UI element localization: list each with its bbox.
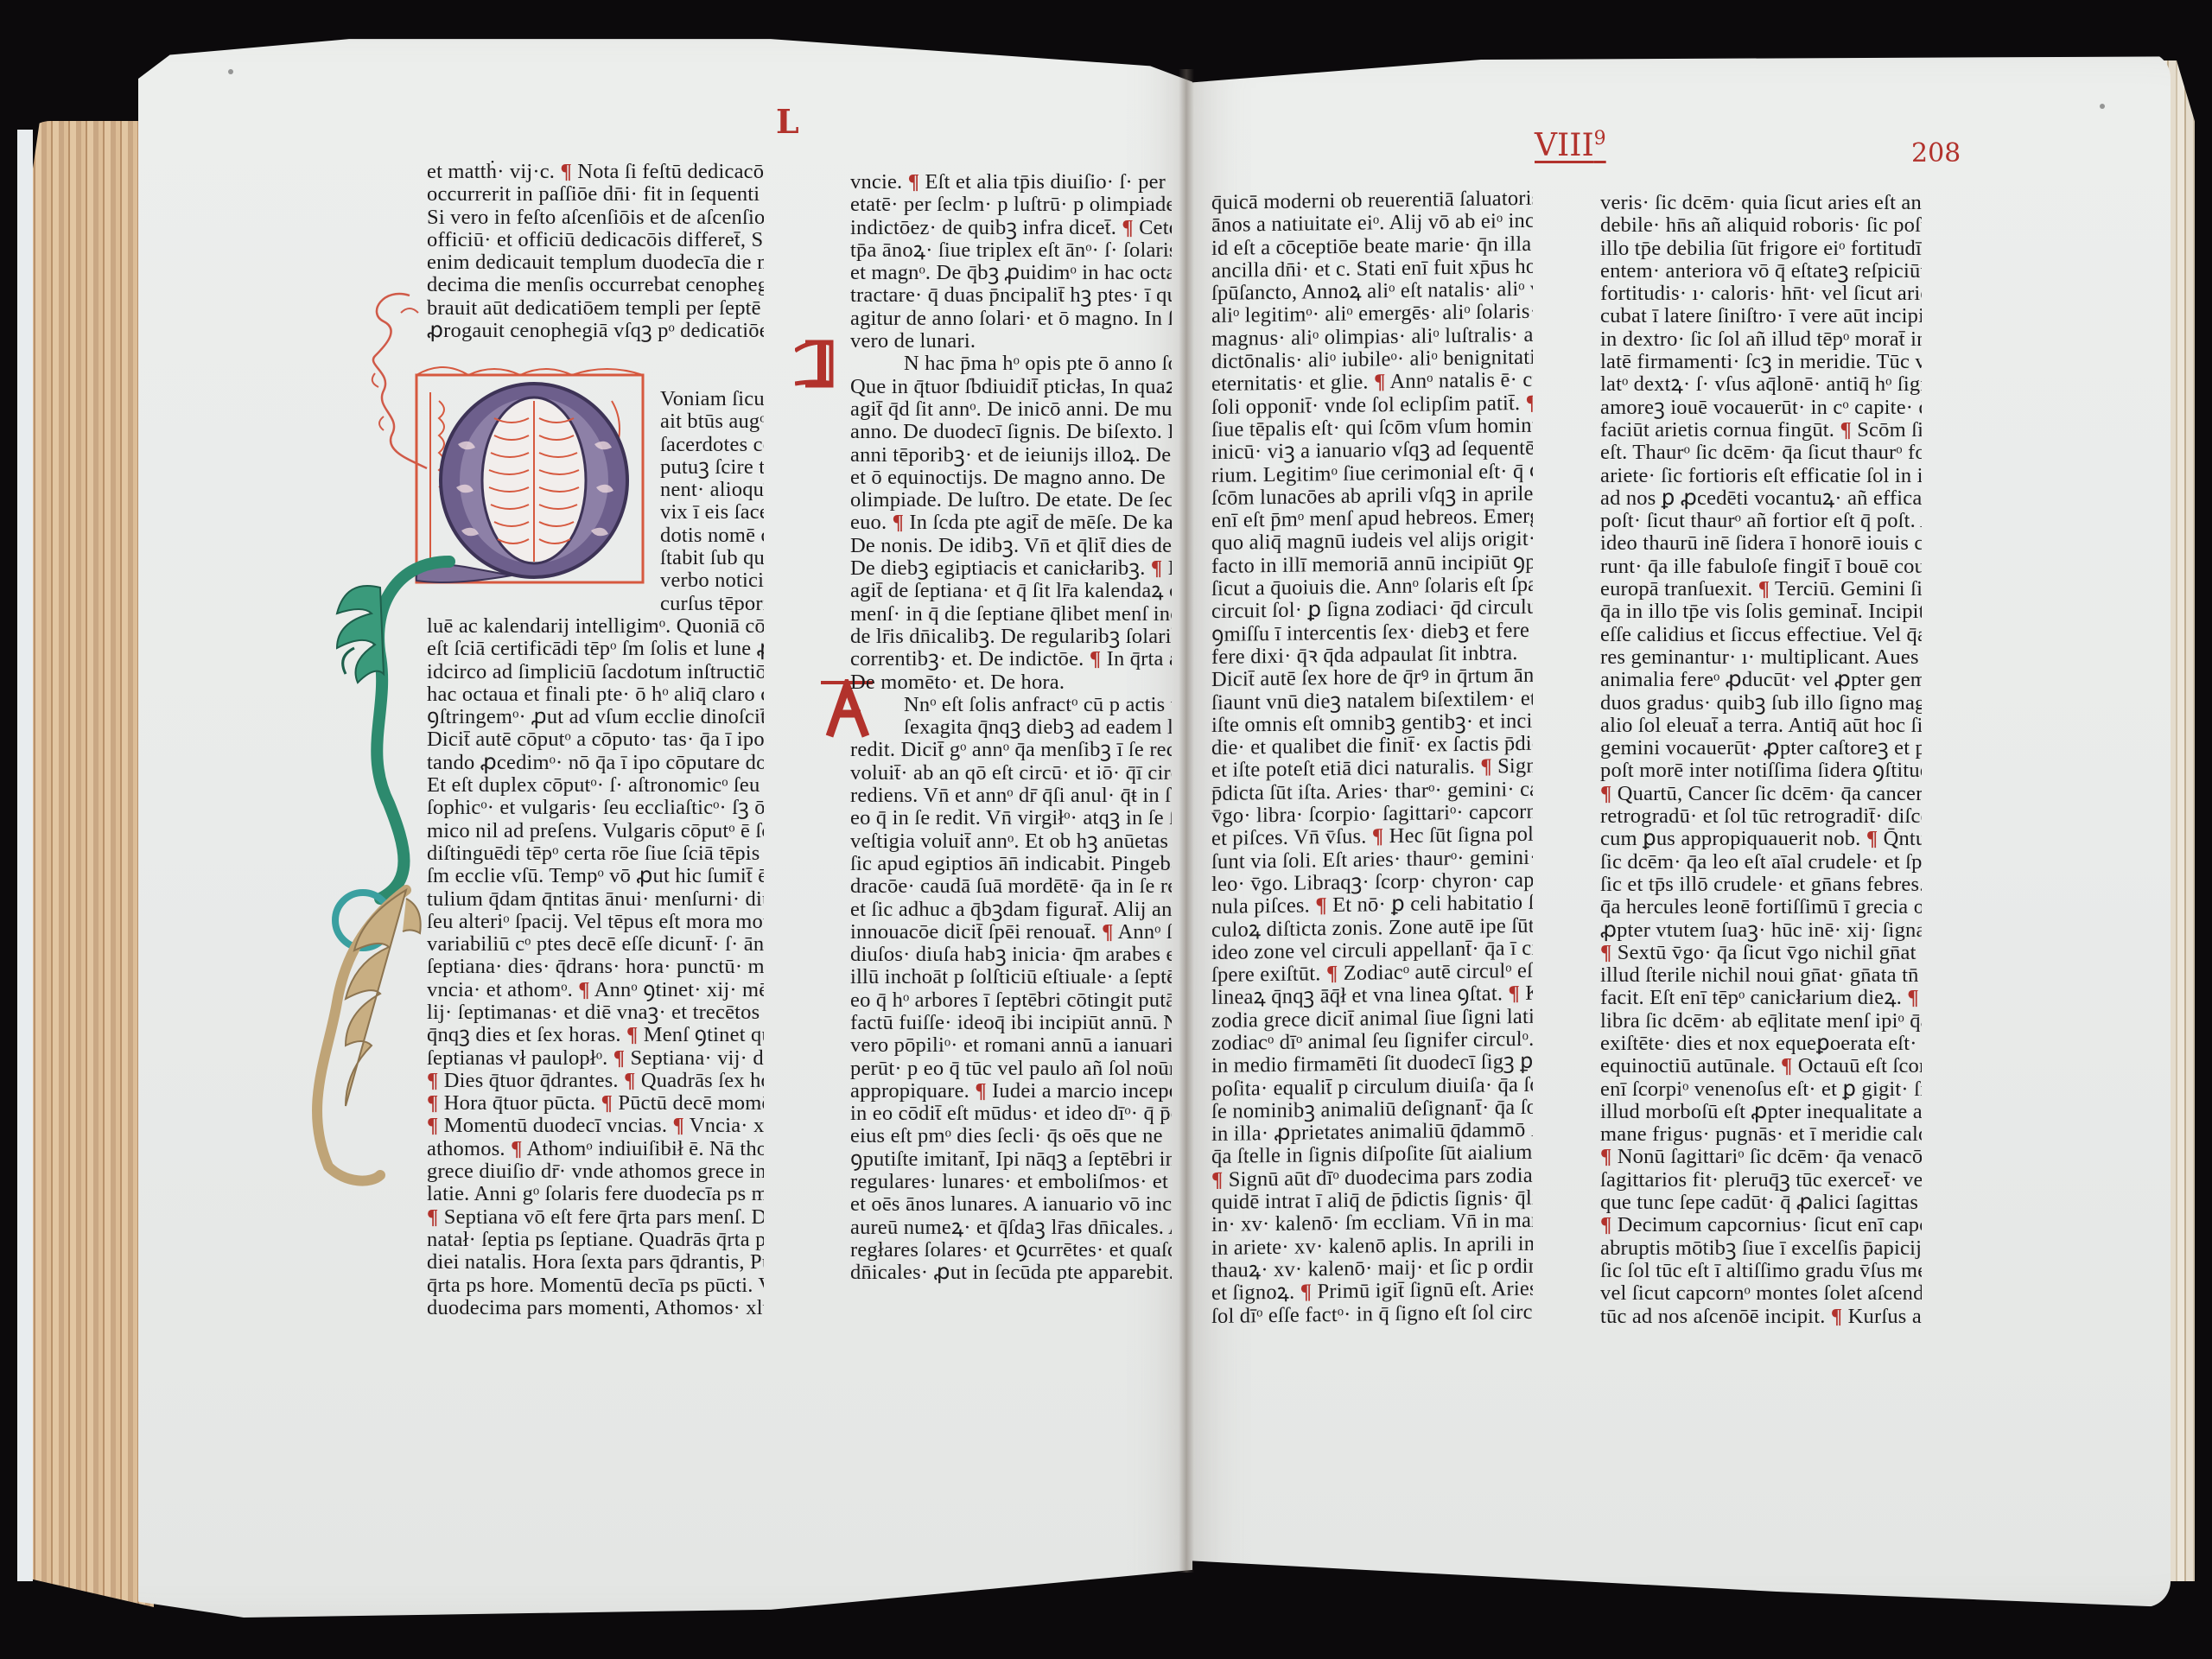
text-line: diſtinguēdi tēpᵒ certa rōe ſiue ſciā tēp… — [427, 842, 764, 865]
text-line: grece diuiſio dr̄· vnde athomos grece in… — [427, 1160, 764, 1183]
text-line: Que in q̄tuor ſbdiuidit̄ pticłas, In qua… — [850, 376, 1172, 398]
pilcrow-rubric-icon: ¶ — [560, 161, 571, 183]
text-line: officiū· et officiū dedicacōis differet̄… — [427, 229, 764, 251]
text-line: ꝓpter vtutem ſuaꝫ· hūc inē· xij· ſigna ſ… — [1600, 919, 1922, 942]
text-line: ¶ Septiana vō eſt fere q̄rta pars menſ. … — [427, 1206, 764, 1229]
text-line: duodecima pars momenti, Athomos· xlvij· … — [427, 1297, 764, 1319]
text-line: ſeptianas vł paulopłᵒ. ¶ Septiana· vij· … — [427, 1047, 764, 1070]
text-line: ſacerdotes cō: — [427, 434, 764, 456]
text-line: ad nos ꝑ ꝓcedēti vocantuꝝ· añ efficatior… — [1600, 487, 1922, 510]
pilcrow-rubric-icon: ¶ — [1509, 982, 1520, 1005]
pilcrow-rubric-icon: ¶ — [1866, 828, 1878, 850]
text-line: ¶ Nonū ſagittariᵒ ſic dcēm· q̄a venacō q… — [1600, 1146, 1922, 1168]
text-line: tūc ad nos aſcenōē incipit. ¶ Kurſus ant… — [1600, 1306, 1922, 1328]
pilcrow-rubric-icon: ¶ — [1480, 755, 1491, 779]
text-line: nent· alioquī — [427, 479, 764, 501]
text-line: voluit̄· ab an qō eſt circū· et iō· q̄ī … — [850, 762, 1172, 785]
pilcrow-rubric-icon: ¶ — [1600, 1146, 1611, 1168]
signature-superscript: 9 — [1594, 128, 1606, 149]
text-line: runt· q̄a ille fabuloſe fingit̄ ī bouē c… — [1600, 556, 1922, 578]
text-line: ¶ Hora q̄tuor pūcta. ¶ Pūctū decē momēta… — [427, 1092, 764, 1115]
text-line: Et eſt duplex cōputᵒ· ſ· aſtronomicᵒ ſeu… — [427, 774, 764, 797]
text-line: equinoctiū autūnale. ¶ Octauū eſt ſcorpi… — [1600, 1055, 1922, 1077]
text-line: ſeptiana· dies· q̄drans· hora· punctū· m… — [427, 956, 764, 978]
pilcrow-rubric-icon: ¶ — [427, 1206, 438, 1229]
running-head-left: L — [776, 102, 801, 141]
text-line: ꝓrogauit cenophegiā vſqꝫ pᵒ dedicatiōez. — [427, 320, 764, 342]
text-line: latᵒ dextꝝ· ſ· vſus aq̄lonē· antiq̄ hᵒ ſ… — [1600, 373, 1922, 396]
text-line: q̄rta ps hore. Momentū decīa ps pūcti. V… — [427, 1274, 764, 1297]
text-line: ſophicᵒ· et vulgaris· ſeu eccliaſticᵒ· ſ… — [427, 797, 764, 819]
pilcrow-rubric-icon: ¶ — [1211, 1168, 1223, 1192]
text-line: et oēs ānos lunares. A ianuario vō incip… — [850, 1193, 1172, 1216]
pilcrow-rubric-icon: ¶ — [1526, 391, 1533, 414]
pilcrow-rubric-icon: ¶ — [1315, 893, 1326, 917]
text-line: veſtigia voluit̄ annᵒ. Et ob hꝫ anūetas … — [850, 830, 1172, 853]
text-line — [427, 365, 764, 388]
text-line: ſtabit ſub quo — [427, 547, 764, 569]
text-line: et ō equinoctijs. De magno anno. De era.… — [850, 467, 1172, 489]
text-line: illo tp̄e debilia ſūt frigore eiᵒ fortit… — [1600, 238, 1922, 260]
text-line: debile· hn̄s añ aliquid roboris· ſic poſ… — [1600, 214, 1922, 237]
running-head-signature: VIII9 — [1535, 128, 1606, 163]
text-line: decima die menſis occurrebat cenophegia·… — [427, 274, 764, 296]
text-line: alio ſol eleuat̄ a terra. Antiq̄ aūt hoc… — [1600, 715, 1922, 737]
text-line: vncia· et athomᵒ. ¶ Annᵒ ꝯtinet· xij· mē… — [427, 979, 764, 1001]
text-line: dotis nomē cō: — [427, 524, 764, 547]
text-line: dn̄icales· ꝓut in ſecūda pte apparebit. … — [850, 1262, 1172, 1284]
text-line: enim dedicauit templum duodecīa die mēſi… — [427, 251, 764, 274]
text-line: ¶ Dies q̄tuor q̄drantes. ¶ Quadrās ſex h… — [427, 1070, 764, 1092]
text-line: vix ī eis ſacer: — [427, 501, 764, 524]
text-line: cubat ī latere ſiniſtro· ī vere aūt inci… — [1600, 305, 1922, 327]
text-line: latie. Anni gᵒ ſolaris fere duodecīa ps … — [427, 1183, 764, 1205]
text-line: hac octaua et finali pte· ō hᵒ aliq̄ cla… — [427, 683, 764, 706]
text-line: regulares· lunares· et emboliſmos· et ep… — [850, 1171, 1172, 1193]
text-line: europā tranſuexit. ¶ Terciū. Gemini ſic … — [1600, 578, 1922, 601]
text-line: idcirco ad ſimpliciū ſacdotum inſtructiō… — [427, 661, 764, 683]
pilcrow-rubric-icon: ¶ — [672, 1115, 683, 1137]
text-line: q̄nqꝫ dies et ſex horas. ¶ Menſ ꝯtinet q… — [427, 1024, 764, 1046]
text-line: ſol dīᵒ eſſe factᵒ· in q̄ ſigno eſt ſol … — [1211, 1300, 1533, 1327]
text-line: res geminantur· ı· multiplicant. Aues en… — [1600, 646, 1922, 669]
signature-text: VIII — [1535, 128, 1594, 163]
text-line: tando ꝓcedimᵒ· nō q̄a ī ipo cōputare doc… — [427, 752, 764, 774]
text-line: dracōe· caudā ſuā mordētē· q̄a in ſe rec… — [850, 875, 1172, 898]
text-line: ait btūs augᵒ· — [427, 410, 764, 433]
text-line: agit̄ de ſeptiana· et q̄ ſit lr̄a kalend… — [850, 580, 1172, 602]
text-line: tractare· q̄ duas p̄ncipalit̄ hꝫ ptes· ī… — [850, 284, 1172, 307]
pilcrow-rubric-icon: ¶ — [1090, 648, 1101, 671]
text-line: poſt· ſicut thaurᵒ añ fortior eſt q̄ poſ… — [1600, 510, 1922, 532]
text-line: eo q̄ hᵒ arbores ī ſeptēbri cōtingit put… — [850, 989, 1172, 1012]
pilcrow-rubric-icon: ¶ — [975, 1080, 986, 1103]
text-line: ſic et tp̄s illō crudele· et gn̄ans febr… — [1600, 874, 1922, 896]
text-line: ſm ecclie vſū. Tempᵒ vō ꝓut hic ſumit̄ ē… — [427, 865, 764, 887]
text-line: cum ꝑus appropiquauerit nob. ¶ Q̄ntum· l… — [1600, 828, 1922, 850]
text-line: que tunc ſepe cadūt· q̄ ꝓalici ſagittas … — [1600, 1192, 1922, 1214]
pilcrow-rubric-icon: ¶ — [1600, 942, 1611, 964]
text-line — [427, 342, 764, 365]
pilcrow-rubric-icon: ¶ — [1151, 557, 1162, 580]
pilcrow-rubric-icon: ¶ — [1372, 825, 1383, 849]
pilcrow-rubric-icon: ¶ — [1907, 987, 1918, 1009]
pilcrow-rubric-icon: ¶ — [1122, 217, 1133, 239]
text-line: illū inchoāt p ſolſticiū eſtiuale· a ſep… — [850, 966, 1172, 988]
pilcrow-rubric-icon: ¶ — [1300, 1281, 1312, 1304]
text-line: ariete· ſic fortioris eſt efficatie ſol … — [1600, 465, 1922, 487]
text-line: tp̄a ānoꝝ· ſiue triplex eſt ānᵒ· ſ· ſola… — [850, 239, 1172, 262]
left-page-edge-stack — [24, 121, 154, 1607]
text-line: appropiquare. ¶ Iudei a marcio inceperūt… — [850, 1080, 1172, 1103]
text-line: regłares ſolares· et ꝯcurrētes· et quaſd… — [850, 1239, 1172, 1262]
text-column-3: q̄uicā moderni ob reuerentiā ſaluatoris … — [1211, 188, 1533, 1328]
text-line: et mattḣ· vij·c. ¶ Nota ſi feſtū dedicac… — [427, 161, 764, 183]
text-line: q̄a hercules leonē fortiſſimū ī grecia o… — [1600, 896, 1922, 918]
pilcrow-rubric-icon: ¶ — [427, 1070, 438, 1092]
text-line: agit̄ q̄d ſit annᵒ. De inicō anni. De mu… — [850, 398, 1172, 421]
text-line: veris· ſic dcēm· quia ſicut aries eſt an… — [1600, 192, 1922, 214]
text-line: redit. Dicit̄ gᵒ annᵒ q̄a menſibꝫ ī ſe r… — [850, 739, 1172, 761]
pilcrow-rubric-icon: ¶ — [1831, 1306, 1842, 1328]
text-line: perūt· p eo q̄ tūc vel paulo añ ſol noūr… — [850, 1058, 1172, 1080]
text-line: fortitudis· ı· caloris· hn̄t· vel ſicut … — [1600, 283, 1922, 305]
pilcrow-rubric-icon: ¶ — [626, 1024, 638, 1046]
text-line: ſeu alteriᵒ ſpacij. Vel tēpus eſt mora m… — [427, 911, 764, 933]
text-line: eſſe calidius et ſiccus effectiue. Vel q… — [1600, 624, 1922, 646]
text-line: ſexagita q̄nqꝫ diebꝫ ad eadem loca ſydeꝝ — [850, 716, 1172, 739]
text-line: menſ· in q̄ die ſeptiane q̄libet menſ in… — [850, 603, 1172, 626]
text-line: Dicit̄ autē cōputᵒ a cōputo· tas· q̄a ī … — [427, 728, 764, 751]
text-line: Nnᵒ eſt ſolis anfractᵒ cū p actis trecēt… — [850, 694, 1172, 716]
text-line: eius eſt pmᵒ dies ſecli· q̄s oēs que ne — [850, 1125, 1172, 1147]
text-line: gemini vocauerūt· ꝓpter caſtoreꝫ et poll… — [1600, 737, 1922, 760]
text-line: luē ac kalendarij intelligimᵒ. Quoniā cō… — [427, 615, 764, 638]
text-line: exiſtēte· dies et nox equeꝑoerata eſt· q… — [1600, 1033, 1922, 1055]
text-line: eſt. Thaurᵒ ſic dcēm· q̄a ſicut thaurᵒ f… — [1600, 442, 1922, 464]
text-line: De nonis. De idibꝫ. Vn̄ et q̄lit̄ dies d… — [850, 535, 1172, 557]
text-line: entem· anteriora vō q̄ eſtateꝫ reſpiciūt… — [1600, 260, 1922, 283]
pilcrow-rubric-icon: ¶ — [1600, 783, 1611, 805]
text-line: retrogradū· et ſol tūc retrogradit̄· diſ… — [1600, 805, 1922, 828]
text-line: aureū numeꝝ· et q̄ſdaꝫ lr̄as dn̄icales. … — [850, 1217, 1172, 1239]
pilcrow-rubric-icon: ¶ — [1102, 921, 1113, 944]
text-line: latē firmamenti· ſcꝫ in meridie. Tūc vō … — [1600, 351, 1922, 373]
text-line: illud ſterile nichil noui gn̄at· gn̄ata … — [1600, 964, 1922, 987]
text-line: N hac p̄ma hᵒ opis pte ō anno ſolari tra… — [850, 353, 1172, 375]
text-line: enī ſcorpiᵒ venenoſus eſt· et ꝑ gigit· ſ… — [1600, 1078, 1922, 1101]
pilcrow-rubric-icon: ¶ — [1374, 371, 1385, 394]
text-line: Si vero in feſto aſcenſiōis et de aſcenſ… — [427, 207, 764, 229]
text-line: eo q̄ in ſe redit. Vn̄ virgiłᵒ· atqꝫ in … — [850, 807, 1172, 829]
pilcrow-rubric-icon: ¶ — [427, 1092, 438, 1115]
text-line: eſt ſciā certificādi tēpᵒ ſm ſolis et lu… — [427, 638, 764, 660]
text-line: vel ſicut capcornᵒ montes ſolet aſcender… — [1600, 1282, 1922, 1305]
text-line: indictōez· de quibꝫ infra dicet̄. ¶ Cete… — [850, 217, 1172, 239]
text-line: agitur de anno ſolari· et ō magno. In ſe… — [850, 308, 1172, 330]
text-line: poſt morē inter notiſſima ſidera ꝯſtitue… — [1600, 760, 1922, 782]
text-line: vero pōpiliᵒ· et romani annū a ianuario … — [850, 1034, 1172, 1057]
text-line: etatē· per ſeclm· p luſtrū· p olimpiadem… — [850, 194, 1172, 216]
text-column-1: et mattḣ· vij·c. ¶ Nota ſi feſtū dedicac… — [427, 161, 764, 1319]
text-line: abruptis mōtibꝫ ſiue ī excelſis p̄apicij… — [1600, 1237, 1922, 1260]
text-line: facit. Eſt enī tēpᵒ canicłarium dieꝝ. ¶ … — [1600, 987, 1922, 1009]
page-number: 208 — [1911, 138, 1961, 168]
text-column-4: veris· ſic dcēm· quia ſicut aries eſt an… — [1600, 192, 1922, 1328]
pilcrow-rubric-icon: ¶ — [1758, 578, 1770, 601]
text-line: variabiliū cᵒ ptes decē eſſe dicunt̄· ſ·… — [427, 933, 764, 956]
text-line: tulium q̄dam q̄ntitas ānui· menſurni· di… — [427, 888, 764, 911]
pilcrow-rubric-icon: ¶ — [613, 1047, 625, 1070]
text-line: in dextro· ſic ſol añ illud tēpᵒ morat̄ … — [1600, 328, 1922, 351]
text-line: vero de lunari. — [850, 330, 1172, 353]
text-line: factū fuiſſe· ideoq̄ ibi incipiūt annū. … — [850, 1012, 1172, 1034]
text-line: occurrerit in paſſiōe dn̄i· fit in ſeque… — [427, 183, 764, 206]
text-line: innouacōe dicit̄ ſpēi renouat̄. ¶ Annᵒ ſ… — [850, 921, 1172, 944]
pilcrow-rubric-icon: ¶ — [427, 1115, 438, 1137]
pilcrow-rubric-icon: ¶ — [1840, 419, 1851, 442]
text-line: vncie. ¶ Eſt et alia tp̄is diuiſio· ſ· p… — [850, 171, 1172, 194]
text-line: ideo thaurū inē ſidera ī honorē iouis co… — [1600, 532, 1922, 555]
text-line: ¶ Decimum capcornius· ſicut enī capcornᵒ… — [1600, 1214, 1922, 1236]
text-line: diei natalis. Hora ſexta pars q̄drantis,… — [427, 1251, 764, 1274]
text-line: animalia fereᵒ ꝓducūt· vel ꝓpter geminos… — [1600, 669, 1922, 691]
text-line: mane frigus· pugnās· et ī meridie calor … — [1600, 1123, 1922, 1146]
pilcrow-rubric-icon: ¶ — [893, 512, 904, 534]
foxing-spot — [2100, 104, 2105, 109]
text-line: duos gradus· quibꝫ ſub illo ſigno magis … — [1600, 692, 1922, 715]
text-line: mico nil ad preſens. Vulgaris cōputᵒ ē ſ… — [427, 820, 764, 842]
text-line: Voniam ſicut — [427, 388, 764, 410]
text-line: diuſos· diuſa habꝫ inicia· q̄m arabes et… — [850, 944, 1172, 966]
text-line: q̄a in illo tp̄e vis ſolis geminat̄. Inc… — [1600, 601, 1922, 623]
text-line: putuꝫ ſcire te: — [427, 456, 764, 479]
text-line: et ſic adhuc a q̄bꝫdam figurat̄. Alij an… — [850, 899, 1172, 921]
open-book-spread: L VIII9 208 — [0, 0, 2212, 1659]
text-line: ꝯſtringemᵒ· ꝓut ad vſum ecclie dinoſcit̄… — [427, 706, 764, 728]
text-line: illud morboſū eſt ꝓpter inequalitate aer… — [1600, 1101, 1922, 1123]
text-line: ¶ Momentū duodecī vncias. ¶ Vncia· xlvij… — [427, 1115, 764, 1137]
text-line: anno. De duodecī ſignis. De biſexto. De … — [850, 421, 1172, 443]
text-line: amoreꝫ iouē vocauerūt· in cᵒ capite· q̄ … — [1600, 397, 1922, 419]
pilcrow-rubric-icon: ¶ — [578, 979, 589, 1001]
text-line: anni tēporibꝫ· et de ieiunijs illoꝝ. De … — [850, 444, 1172, 467]
text-line: ꝯputiſte imitant̄, Ipi nāqꝫ a ſeptēbri i… — [850, 1148, 1172, 1171]
text-line: curſus tēporis — [427, 593, 764, 615]
text-line: ſagittarios fit· pleruq̄ꝫ tūc exercet̄· … — [1600, 1169, 1922, 1192]
text-line: ſic apud egiptios ān̄ indicabit. Pingeba… — [850, 853, 1172, 875]
text-line: athomos. ¶ Athomᵒ indiuiſibił ē. Nā thom… — [427, 1138, 764, 1160]
book-gutter — [1179, 69, 1194, 1573]
text-line: De momēto· et. De hora. — [850, 671, 1172, 694]
text-line: faciūt arietis cornua fingūt. ¶ Scōm ſig… — [1600, 419, 1922, 442]
pilcrow-rubric-icon: ¶ — [1326, 962, 1338, 985]
pilcrow-rubric-icon: ¶ — [511, 1138, 522, 1160]
pilcrow-rubric-icon: ¶ — [601, 1092, 613, 1115]
text-line: et magnᵒ. De q̄bꝫ ꝓuidimᵒ in hac octaua … — [850, 262, 1172, 284]
pilcrow-rubric-icon: ¶ — [908, 171, 919, 194]
text-line: ſic dcēm· q̄a leo eſt aīal crudele· et ſ… — [1600, 851, 1922, 874]
left-inner-flyleaf — [17, 130, 33, 1581]
text-line: lij· ſeptimanas· et diē vnaꝫ· et trecēto… — [427, 1001, 764, 1024]
text-line: rediens. Vn̄ et annᵒ dr̄ q̄ſi anul· q̄ŧ … — [850, 785, 1172, 807]
pilcrow-rubric-icon: ¶ — [1781, 1055, 1792, 1077]
text-line: brauit aūt dedicatiōem templi per ſeptē … — [427, 297, 764, 320]
text-line: libra ſic dcēm· ab eq̄litate menſ ipiᵒ q… — [1600, 1010, 1922, 1033]
pilcrow-rubric-icon: ¶ — [1600, 1214, 1611, 1236]
pilcrow-rubric-icon: ¶ — [624, 1070, 635, 1092]
text-line: natał· ſeptia ps ſeptiane. Quadrās q̄rta… — [427, 1229, 764, 1251]
text-line: de lr̄is dn̄icalibꝫ. De regularibꝫ ſolar… — [850, 626, 1172, 648]
text-line: ſic ſol tūc eſt ī altiſſimo gradu v̄ſus … — [1600, 1260, 1922, 1282]
text-line: De diebꝫ egiptiacis et canicłaribꝫ. ¶ In… — [850, 557, 1172, 580]
foxing-spot — [228, 69, 233, 74]
text-line: olimpiade. De luſtro. De etate. De ſecul… — [850, 489, 1172, 512]
text-line: in eo cōdit̄ eſt mūdus· et ideo dīᵒ· q̄ … — [850, 1103, 1172, 1125]
text-line: ¶ Quartū, Cancer ſic dcēm· q̄a cancer eſ… — [1600, 783, 1922, 805]
text-line: ¶ Sextū v̄go· q̄a ſicut v̄go nichil gn̄a… — [1600, 942, 1922, 964]
text-line: verbo noticiāꝫ — [427, 569, 764, 592]
text-line: correntibꝫ· et. De indictōe. ¶ In q̄rta … — [850, 648, 1172, 671]
text-column-2: vncie. ¶ Eſt et alia tp̄is diuiſio· ſ· p… — [850, 171, 1172, 1285]
text-line: euo. ¶ In ſcda pte agit̄ de mēſe. De kal… — [850, 512, 1172, 534]
